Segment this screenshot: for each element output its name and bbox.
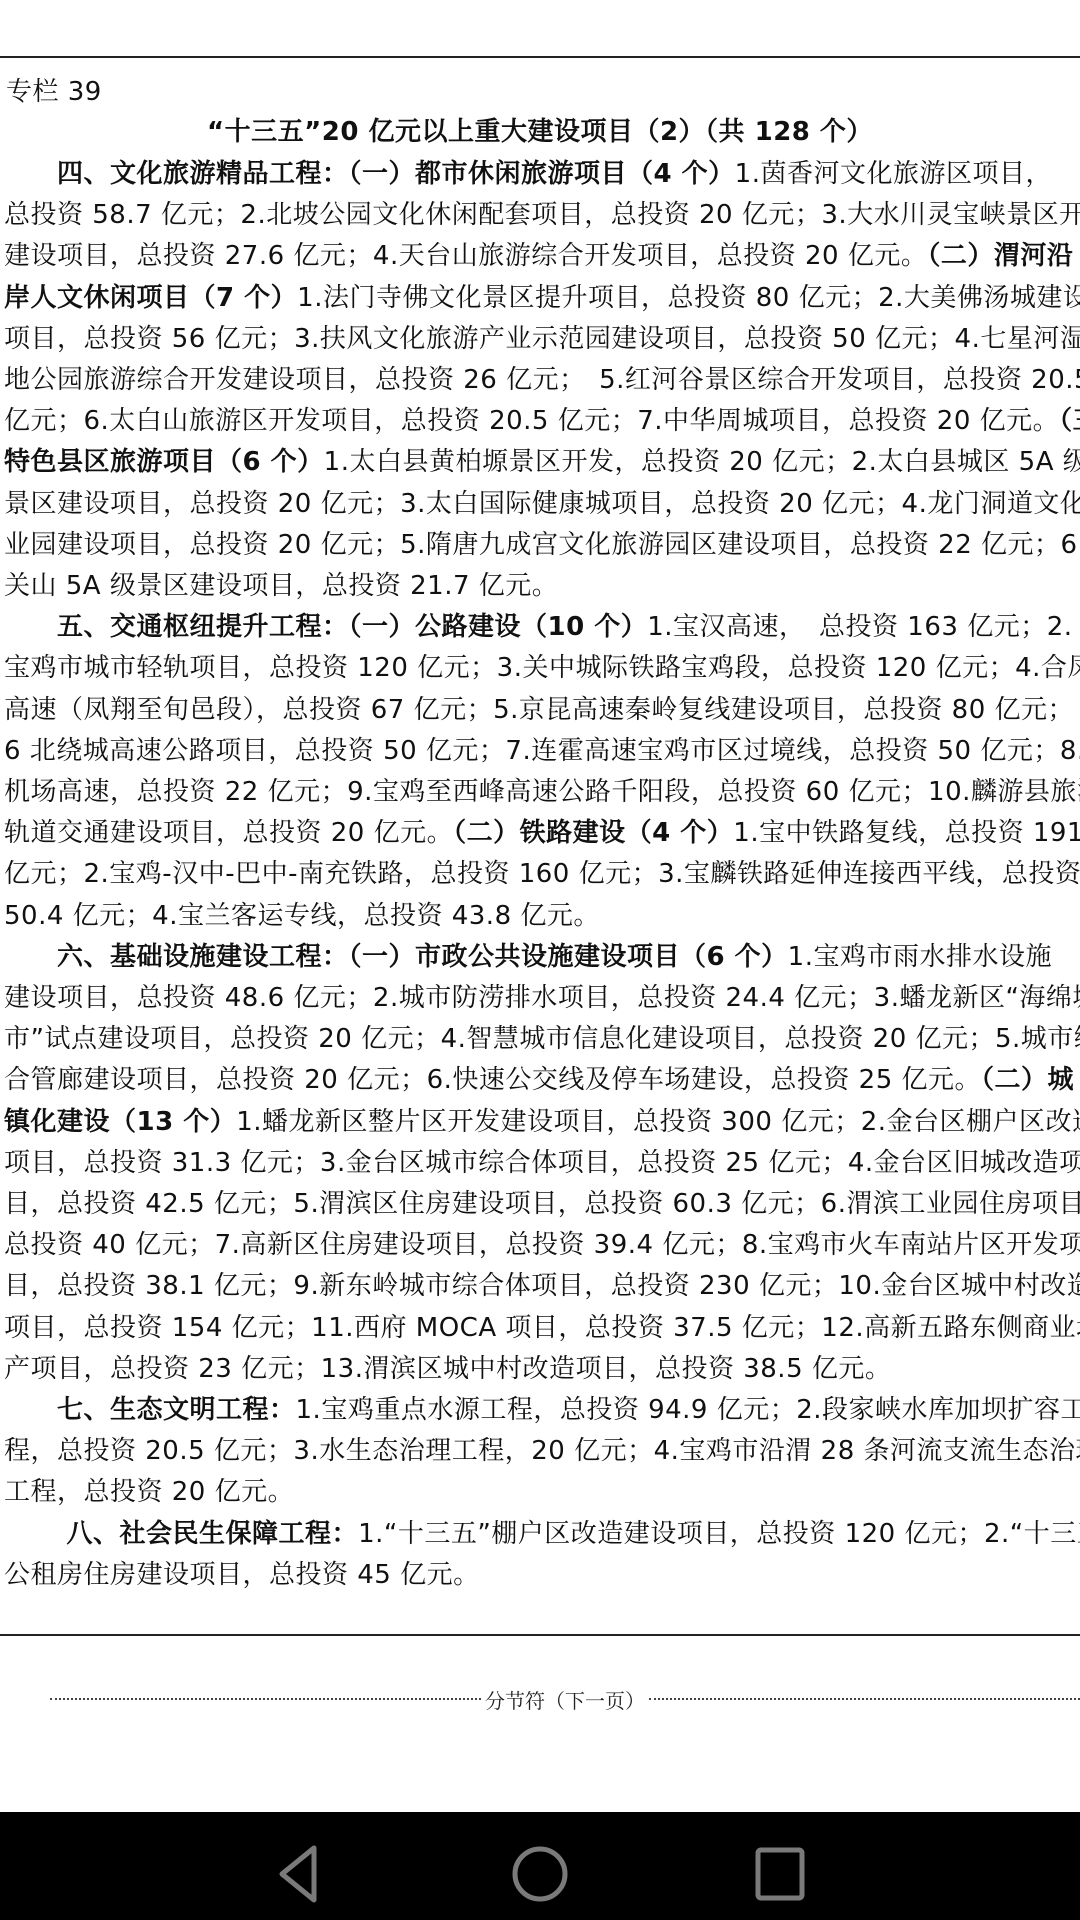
text-line: 项目，总投资 31.3 亿元；3.金台区城市综合体项目，总投资 25 亿元；4.…: [4, 1143, 1080, 1183]
text-run: 工程，总投资 20 亿元。: [4, 1477, 294, 1507]
section-break-dashes-right: [649, 1698, 1080, 1700]
text-run: 1.蟠龙新区整片区开发建设项目，总投资 300 亿元；2.金台区棚户区改造: [236, 1107, 1080, 1137]
bold-text-run: 五、交通枢纽提升工程：（一）公路建设（10 个）: [4, 612, 647, 642]
text-run: 机场高速，总投资 22 亿元；9.宝鸡至西峰高速公路千阳段，总投资 60 亿元；…: [4, 777, 1080, 807]
text-run: 轨道交通建设项目，总投资 20 亿元。: [4, 818, 453, 848]
text-run: 关山 5A 级景区建设项目，总投资 21.7 亿元。: [4, 571, 558, 601]
text-line: 项目，总投资 56 亿元；3.扶风文化旅游产业示范园建设项目，总投资 50 亿元…: [4, 319, 1080, 359]
text-run: 目，总投资 38.1 亿元；9.新东岭城市综合体项目，总投资 230 亿元；10…: [4, 1271, 1080, 1301]
text-run: 公租房住房建设项目，总投资 45 亿元。: [4, 1560, 480, 1590]
text-line: 六、基础设施建设工程：（一）市政公共设施建设项目（6 个）1.宝鸡市雨水排水设施: [4, 937, 1080, 977]
text-run: 1.“十三五”棚户区改造建设项目，总投资 120 亿元；2.“十三五”: [358, 1519, 1080, 1549]
text-run: 项目，总投资 31.3 亿元；3.金台区城市综合体项目，总投资 25 亿元；4.…: [4, 1148, 1080, 1178]
text-line: 轨道交通建设项目，总投资 20 亿元。（二）铁路建设（4 个）1.宝中铁路复线，…: [4, 813, 1080, 853]
text-run: 1.法门寺佛文化景区提升项目，总投资 80 亿元；2.大美佛汤城建设: [297, 283, 1080, 313]
text-run: 项目，总投资 56 亿元；3.扶风文化旅游产业示范园建设项目，总投资 50 亿元…: [4, 324, 1080, 354]
text-line: 七、生态文明工程：1.宝鸡重点水源工程，总投资 94.9 亿元；2.段家峡水库加…: [4, 1390, 1080, 1430]
bold-text-run: 八、社会民生保障工程：: [4, 1519, 358, 1549]
text-line: 6 北绕城高速公路项目，总投资 50 亿元；7.连霍高速宝鸡市区过境线，总投资 …: [4, 731, 1080, 771]
text-line: 合管廊建设项目，总投资 20 亿元；6.快速公交线及停车场建设，总投资 25 亿…: [4, 1060, 1080, 1100]
text-run: 项目，总投资 154 亿元；11.西府 MOCA 项目，总投资 37.5 亿元；…: [4, 1313, 1080, 1343]
section-break-label: 分节符（下一页）: [481, 1685, 649, 1714]
text-line: 目，总投资 38.1 亿元；9.新东岭城市综合体项目，总投资 230 亿元；10…: [4, 1266, 1080, 1306]
text-line: 总投资 40 亿元；7.高新区住房建设项目，总投资 39.4 亿元；8.宝鸡市火…: [4, 1225, 1080, 1265]
text-run: 高速（凤翔至旬邑段），总投资 67 亿元；5.京昆高速秦岭复线建设项目，总投资 …: [4, 695, 1074, 725]
text-line: 公租房住房建设项目，总投资 45 亿元。: [4, 1555, 1080, 1595]
text-run: 建设项目，总投资 48.6 亿元；2.城市防涝排水项目，总投资 24.4 亿元；…: [4, 983, 1080, 1013]
text-run: 6 北绕城高速公路项目，总投资 50 亿元；7.连霍高速宝鸡市区过境线，总投资 …: [4, 736, 1080, 766]
text-line: 建设项目，总投资 27.6 亿元；4.天台山旅游综合开发项目，总投资 20 亿元…: [4, 236, 1080, 276]
text-run: 1.宝汉高速， 总投资 163 亿元；2.: [647, 612, 1072, 642]
text-line: 程，总投资 20.5 亿元；3.水生态治理工程，20 亿元；4.宝鸡市沿渭 28…: [4, 1431, 1080, 1471]
text-line: 岸人文休闲项目（7 个）1.法门寺佛文化景区提升项目，总投资 80 亿元；2.大…: [4, 278, 1080, 318]
text-run: 亿元；2.宝鸡-汉中-巴中-南充铁路，总投资 160 亿元；3.宝麟铁路延伸连接…: [4, 859, 1080, 889]
text-line: 镇化建设（13 个）1.蟠龙新区整片区开发建设项目，总投资 300 亿元；2.金…: [4, 1102, 1080, 1142]
text-run: 1.宝鸡重点水源工程，总投资 94.9 亿元；2.段家峡水库加坝扩容工: [296, 1395, 1080, 1425]
bold-text-run: 七、生态文明工程：: [4, 1395, 296, 1425]
text-run: 总投资 40 亿元；7.高新区住房建设项目，总投资 39.4 亿元；8.宝鸡市火…: [4, 1230, 1080, 1260]
text-line: 八、社会民生保障工程：1.“十三五”棚户区改造建设项目，总投资 120 亿元；2…: [4, 1514, 1080, 1554]
text-line: 机场高速，总投资 22 亿元；9.宝鸡至西峰高速公路千阳段，总投资 60 亿元；…: [4, 772, 1080, 812]
bold-text-run: （二）铁路建设（4 个）: [453, 818, 733, 848]
text-line: 景区建设项目，总投资 20 亿元；3.太白国际健康城项目，总投资 20 亿元；4…: [4, 484, 1080, 524]
box-title: “十三五”20 亿元以上重大建设项目（2）（共 128 个）: [0, 112, 1080, 152]
top-border-rule: [0, 56, 1080, 58]
back-button[interactable]: [270, 1844, 330, 1904]
bottom-border-rule: [0, 1634, 1080, 1636]
home-button[interactable]: [510, 1844, 570, 1904]
text-run: 50.4 亿元；4.宝兰客运专线，总投资 43.8 亿元。: [4, 901, 600, 931]
text-run: 业园建设项目，总投资 20 亿元；5.隋唐九成宫文化旅游园区建设项目，总投资 2…: [4, 530, 1080, 560]
text-run: 1.太白县黄柏塬景区开发，总投资 20 亿元；2.太白县城区 5A 级: [324, 447, 1080, 477]
text-run: 市”试点建设项目，总投资 20 亿元；4.智慧城市信息化建设项目，总投资 20 …: [4, 1024, 1080, 1054]
recents-button[interactable]: [750, 1844, 810, 1904]
recents-square-icon: [750, 1844, 810, 1904]
bold-text-run: 特色县区旅游项目（6 个）: [4, 447, 324, 477]
text-run: 程，总投资 20.5 亿元；3.水生态治理工程，20 亿元；4.宝鸡市沿渭 28…: [4, 1436, 1080, 1466]
text-line: 50.4 亿元；4.宝兰客运专线，总投资 43.8 亿元。: [4, 896, 1080, 936]
text-run: 宝鸡市城市轻轨项目，总投资 120 亿元；3.关中城际铁路宝鸡段，总投资 120…: [4, 653, 1080, 683]
text-run: 1.宝鸡市雨水排水设施: [788, 942, 1052, 972]
box-label: 专栏 39: [6, 72, 1080, 112]
bold-text-run: （二）渭河沿: [927, 241, 1073, 271]
bold-text-run: 岸人文休闲项目（7 个）: [4, 283, 297, 313]
bold-text-run: 镇化建设（13 个）: [4, 1107, 236, 1137]
text-line: 五、交通枢纽提升工程：（一）公路建设（10 个）1.宝汉高速， 总投资 163 …: [4, 607, 1080, 647]
android-navigation-bar: [0, 1812, 1080, 1920]
text-run: 产项目，总投资 23 亿元；13.渭滨区城中村改造项目，总投资 38.5 亿元。: [4, 1354, 891, 1384]
document-page: 专栏 39 “十三五”20 亿元以上重大建设项目（2）（共 128 个） 四、文…: [0, 0, 1080, 1812]
text-line: 建设项目，总投资 48.6 亿元；2.城市防涝排水项目，总投资 24.4 亿元；…: [4, 978, 1080, 1018]
bold-text-run: 六、基础设施建设工程：（一）市政公共设施建设项目（6 个）: [4, 942, 788, 972]
text-line: 业园建设项目，总投资 20 亿元；5.隋唐九成宫文化旅游园区建设项目，总投资 2…: [4, 525, 1080, 565]
text-run: 1.宝中铁路复线，总投资 191.3: [733, 818, 1080, 848]
text-line: 四、文化旅游精品工程：（一）都市休闲旅游项目（4 个）1.茵香河文化旅游区项目，: [4, 154, 1080, 194]
text-run: 总投资 58.7 亿元；2.北坡公园文化休闲配套项目，总投资 20 亿元；3.大…: [4, 200, 1080, 230]
text-run: 建设项目，总投资 27.6 亿元；4.天台山旅游综合开发项目，总投资 20 亿元…: [4, 241, 927, 271]
text-line: 关山 5A 级景区建设项目，总投资 21.7 亿元。: [4, 566, 1080, 606]
text-run: 合管廊建设项目，总投资 20 亿元；6.快速公交线及停车场建设，总投资 25 亿…: [4, 1065, 981, 1095]
back-triangle-icon: [270, 1844, 330, 1904]
text-run: 1.茵香河文化旅游区项目，: [735, 159, 1052, 189]
text-line: 工程，总投资 20 亿元。: [4, 1472, 1080, 1512]
text-line: 项目，总投资 154 亿元；11.西府 MOCA 项目，总投资 37.5 亿元；…: [4, 1308, 1080, 1348]
section-break: 分节符（下一页）: [50, 1685, 1080, 1713]
text-line: 宝鸡市城市轻轨项目，总投资 120 亿元；3.关中城际铁路宝鸡段，总投资 120…: [4, 648, 1080, 688]
text-run: 目，总投资 42.5 亿元；5.渭滨区住房建设项目，总投资 60.3 亿元；6.…: [4, 1189, 1080, 1219]
home-circle-icon: [510, 1844, 570, 1904]
text-line: 地公园旅游综合开发建设项目，总投资 26 亿元； 5.红河谷景区综合开发项目，总…: [4, 360, 1080, 400]
text-run: 景区建设项目，总投资 20 亿元；3.太白国际健康城项目，总投资 20 亿元；4…: [4, 489, 1080, 519]
text-line: 总投资 58.7 亿元；2.北坡公园文化休闲配套项目，总投资 20 亿元；3.大…: [4, 195, 1080, 235]
text-line: 高速（凤翔至旬邑段），总投资 67 亿元；5.京昆高速秦岭复线建设项目，总投资 …: [4, 690, 1080, 730]
text-line: 目，总投资 42.5 亿元；5.渭滨区住房建设项目，总投资 60.3 亿元；6.…: [4, 1184, 1080, 1224]
section-break-dashes-left: [50, 1698, 481, 1700]
bold-text-run: （三）: [1059, 406, 1080, 436]
text-line: 亿元；6.太白山旅游区开发项目，总投资 20.5 亿元；7.中华周城项目，总投资…: [4, 401, 1080, 441]
bold-text-run: （二）城: [981, 1065, 1074, 1095]
text-line: 特色县区旅游项目（6 个）1.太白县黄柏塬景区开发，总投资 20 亿元；2.太白…: [4, 442, 1080, 482]
text-line: 产项目，总投资 23 亿元；13.渭滨区城中村改造项目，总投资 38.5 亿元。: [4, 1349, 1080, 1389]
text-run: 亿元；6.太白山旅游区开发项目，总投资 20.5 亿元；7.中华周城项目，总投资…: [4, 406, 1059, 436]
text-line: 亿元；2.宝鸡-汉中-巴中-南充铁路，总投资 160 亿元；3.宝麟铁路延伸连接…: [4, 854, 1080, 894]
bold-text-run: 四、文化旅游精品工程：（一）都市休闲旅游项目（4 个）: [4, 159, 735, 189]
text-run: 地公园旅游综合开发建设项目，总投资 26 亿元； 5.红河谷景区综合开发项目，总…: [4, 365, 1080, 395]
text-line: 市”试点建设项目，总投资 20 亿元；4.智慧城市信息化建设项目，总投资 20 …: [4, 1019, 1080, 1059]
